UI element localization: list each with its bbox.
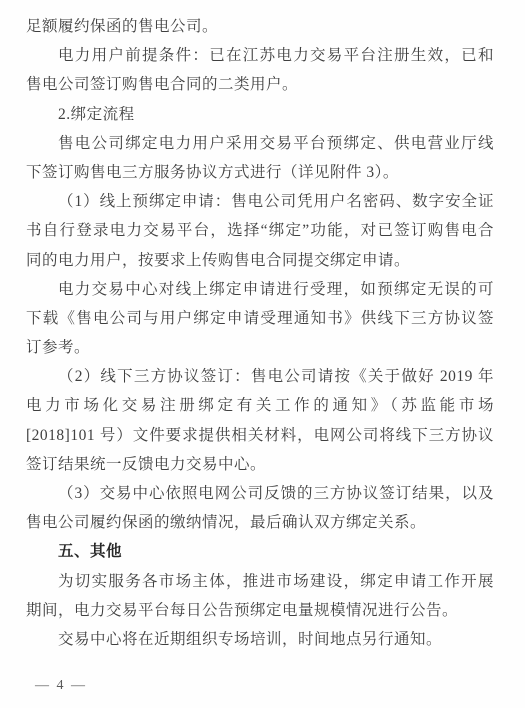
page-number: — 4 — xyxy=(35,677,87,695)
document-body: 足额履约保函的售电公司。电力用户前提条件：已在江苏电力交易平台注册生效，已和售电… xyxy=(26,12,494,654)
text-line: 为切实服务各市场主体，推进市场建设，绑定申请工作开展 xyxy=(26,567,494,596)
text-line: 交易中心将在近期组织专场培训，时间地点另行通知。 xyxy=(26,625,494,654)
text-line: 期间，电力交易平台每日公告预绑定电量规模情况进行公告。 xyxy=(26,596,494,625)
text-line: 售电公司绑定电力用户采用交易平台预绑定、供电营业厅线 xyxy=(26,129,494,158)
text-line: 售电公司履约保函的缴纳情况，最后确认双方绑定关系。 xyxy=(26,508,494,537)
text-line: 2.绑定流程 xyxy=(26,100,494,129)
text-line: 同的电力用户，按要求上传购售电合同提交绑定申请。 xyxy=(26,246,494,275)
text-line: （2）线下三方协议签订：售电公司请按《关于做好 2019 年 xyxy=(26,362,494,391)
text-line: 电力市场化交易注册绑定有关工作的通知》（苏监能市场 xyxy=(26,391,494,420)
document-page: 足额履约保函的售电公司。电力用户前提条件：已在江苏电力交易平台注册生效，已和售电… xyxy=(0,0,525,708)
text-line: 下载《售电公司与用户绑定申请受理通知书》供线下三方协议签 xyxy=(26,304,494,333)
text-line: 电力用户前提条件：已在江苏电力交易平台注册生效，已和 xyxy=(26,41,494,70)
text-line: 订参考。 xyxy=(26,333,494,362)
text-line: 电力交易中心对线上绑定申请进行受理，如预绑定无误的可 xyxy=(26,275,494,304)
text-line: 足额履约保函的售电公司。 xyxy=(26,12,494,41)
text-line: （3）交易中心依照电网公司反馈的三方协议签订结果，以及 xyxy=(26,479,494,508)
text-line: 售电公司签订购售电合同的二类用户。 xyxy=(26,70,494,99)
section-heading: 五、其他 xyxy=(26,537,494,566)
text-line: [2018]101 号）文件要求提供相关材料，电网公司将线下三方协议 xyxy=(26,421,494,450)
text-line: （1）线上预绑定申请：售电公司凭用户名密码、数字安全证 xyxy=(26,187,494,216)
text-line: 书自行登录电力交易平台，选择“绑定”功能，对已签订购售电合 xyxy=(26,216,494,245)
text-line: 下签订购售电三方服务协议方式进行（详见附件 3）。 xyxy=(26,158,494,187)
text-line: 签订结果统一反馈电力交易中心。 xyxy=(26,450,494,479)
